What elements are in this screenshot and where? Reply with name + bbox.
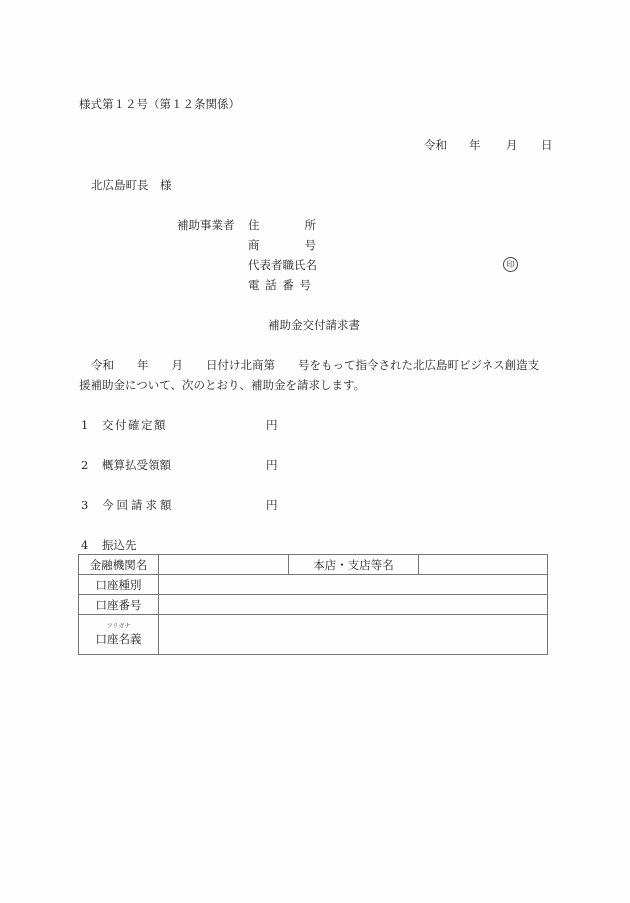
account-holder-field[interactable] (159, 615, 548, 655)
date-day: 日 (541, 138, 553, 152)
item-1-label: 交付確定額 (102, 418, 167, 432)
table-row-account-holder: フリガナ 口座名義 (79, 615, 548, 655)
bank-name-label: 金融機関名 (79, 555, 159, 575)
date-month: 月 (506, 138, 518, 152)
item-4-label: 振込先 (102, 538, 137, 552)
item-2-label: 概算払受領額 (102, 458, 171, 472)
account-type-label: 口座種別 (79, 575, 159, 595)
field-trade-right: 号 (305, 238, 317, 252)
table-row-account-number: 口座番号 (79, 595, 548, 615)
seal-icon: 印 (503, 257, 518, 272)
item-1-unit: 円 (266, 418, 278, 432)
field-trade-left: 商 (248, 238, 260, 252)
body-line-2: 援補助金について、次のとおり、補助金を請求します。 (79, 378, 365, 392)
body-line-1: 令和 年 月 日付け北商第 号をもって指令された北広島町ビジネス創造支 (91, 358, 539, 372)
field-representative: 代表者職氏名 (248, 258, 317, 272)
table-row-bank: 金融機関名 本店・支店等名 (79, 555, 548, 575)
item-4-num: 4 (81, 538, 88, 552)
account-number-field[interactable] (159, 595, 548, 615)
form-number: 様式第１２号（第１２条関係） (79, 97, 240, 111)
item-3-unit: 円 (266, 498, 278, 512)
document-title: 補助金交付請求書 (268, 318, 360, 332)
furigana-label: フリガナ (79, 623, 158, 631)
applicant-label: 補助事業者 (177, 218, 235, 232)
item-2-unit: 円 (266, 458, 278, 472)
item-2-num: 2 (81, 458, 88, 472)
account-type-field[interactable] (159, 575, 548, 595)
item-1-num: 1 (81, 418, 88, 432)
date-year: 年 (469, 138, 481, 152)
document-page: 様式第１２号（第１２条関係） 令和 年 月 日 北広島町長 様 補助事業者 住 … (0, 0, 630, 903)
field-address-right: 所 (305, 218, 317, 232)
bank-name-field[interactable] (159, 555, 289, 575)
account-holder-cell: フリガナ 口座名義 (79, 615, 159, 655)
field-address: 住 所 (248, 218, 316, 232)
field-trade-name: 商 号 (248, 238, 316, 252)
date-era: 令和 (424, 138, 447, 152)
branch-field[interactable] (419, 555, 548, 575)
table-row-account-type: 口座種別 (79, 575, 548, 595)
field-phone: 電 話 番 号 (248, 278, 312, 292)
branch-label: 本店・支店等名 (289, 555, 419, 575)
addressee: 北広島町長 様 (91, 178, 172, 192)
account-holder-label: 口座名義 (96, 632, 142, 646)
bank-transfer-table: 金融機関名 本店・支店等名 口座種別 口座番号 フリガナ 口座名義 (78, 554, 548, 655)
item-3-label: 今回請求額 (102, 498, 175, 512)
field-address-left: 住 (248, 218, 260, 232)
account-number-label: 口座番号 (79, 595, 159, 615)
item-3-num: 3 (81, 498, 88, 512)
